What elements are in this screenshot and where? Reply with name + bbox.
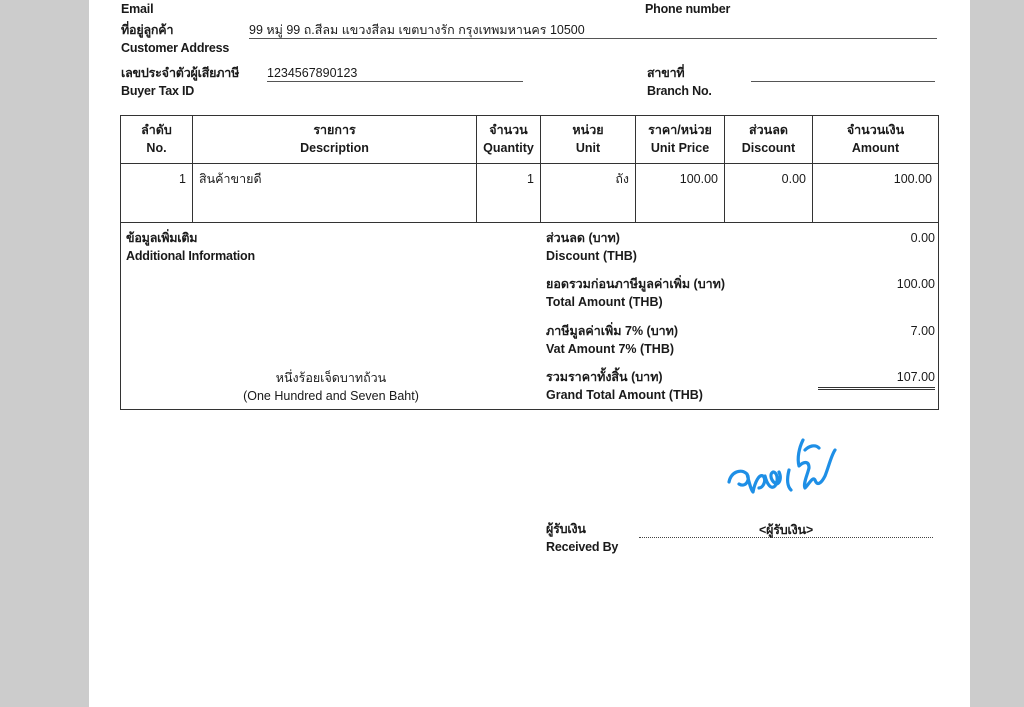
additional-info-en: Additional Information <box>126 247 255 265</box>
received-by-th: ผู้รับเงิน <box>546 520 618 538</box>
summary-discount: ส่วนลด (บาท) Discount (THB) 0.00 <box>546 229 935 265</box>
column-header-en: Amount <box>813 139 938 157</box>
branch-field <box>751 65 935 82</box>
buyer-tax-id-label-th: เลขประจำตัวผู้เสียภาษี <box>121 64 239 82</box>
received-by-en: Received By <box>546 538 618 556</box>
buyer-tax-id-field: 1234567890123 <box>267 65 523 82</box>
summary-label-en: Total Amount (THB) <box>546 293 935 311</box>
received-by-label: ผู้รับเงิน Received By <box>546 520 618 556</box>
summary-label-en: Vat Amount 7% (THB) <box>546 340 935 358</box>
cell-no: 1 <box>121 163 193 222</box>
buyer-tax-id-value: 1234567890123 <box>267 66 357 80</box>
summary-label-th: ภาษีมูลค่าเพิ่ม 7% (บาท) <box>546 322 935 340</box>
column-header-en: Description <box>193 139 476 157</box>
column-header-th: ส่วนลด <box>725 121 812 139</box>
summary-grand-total: รวมราคาทั้งสิ้น (บาท) Grand Total Amount… <box>546 368 935 404</box>
customer-address-label: ที่อยู่ลูกค้า Customer Address <box>121 21 229 57</box>
summary-total-before-vat: ยอดรวมก่อนภาษีมูลค่าเพิ่ม (บาท) Total Am… <box>546 275 935 311</box>
branch-label-en: Branch No. <box>647 82 712 100</box>
receiver-signature-line: <ผู้รับเงิน> <box>639 521 933 538</box>
column-header-th: จำนวน <box>477 121 540 139</box>
amount-in-words: หนึ่งร้อยเจ็ดบาทถ้วน (One Hundred and Se… <box>121 369 541 405</box>
column-header-en: Unit Price <box>636 139 724 157</box>
summary-value: 0.00 <box>911 229 935 247</box>
cell-amount: 100.00 <box>813 163 938 222</box>
buyer-tax-id-label: เลขประจำตัวผู้เสียภาษี Buyer Tax ID <box>121 64 239 100</box>
column-header-th: ราคา/หน่วย <box>636 121 724 139</box>
cell-unit: ถัง <box>541 163 636 222</box>
receiver-name-placeholder: <ผู้รับเงิน> <box>759 523 813 537</box>
invoice-page: Email Phone number ที่อยู่ลูกค้า Custome… <box>89 0 970 707</box>
customer-address-value: 99 หมู่ 99 ถ.สีลม แขวงสีลม เขตบางรัก กรุ… <box>249 23 585 37</box>
column-header-discount: ส่วนลด Discount <box>725 116 813 163</box>
signature-image <box>719 432 849 502</box>
table-row: 1 สินค้าขายดี 1 ถัง 100.00 0.00 100.00 <box>121 163 938 223</box>
summary-label-en: Discount (THB) <box>546 247 935 265</box>
email-label: Email <box>121 0 153 18</box>
column-header-th: รายการ <box>193 121 476 139</box>
summary-label-th: ยอดรวมก่อนภาษีมูลค่าเพิ่ม (บาท) <box>546 275 935 293</box>
column-header-en: Unit <box>541 139 635 157</box>
cell-unit-price: 100.00 <box>636 163 725 222</box>
column-header-th: ลำดับ <box>121 121 192 139</box>
summary-label-th: ส่วนลด (บาท) <box>546 229 935 247</box>
cell-description: สินค้าขายดี <box>193 163 477 222</box>
column-header-unit-price: ราคา/หน่วย Unit Price <box>636 116 725 163</box>
column-header-unit: หน่วย Unit <box>541 116 636 163</box>
summary-vat: ภาษีมูลค่าเพิ่ม 7% (บาท) Vat Amount 7% (… <box>546 322 935 358</box>
customer-address-label-th: ที่อยู่ลูกค้า <box>121 21 229 39</box>
column-header-quantity: จำนวน Quantity <box>477 116 541 163</box>
column-header-th: จำนวนเงิน <box>813 121 938 139</box>
branch-label-th: สาขาที่ <box>647 64 712 82</box>
customer-address-label-en: Customer Address <box>121 39 229 57</box>
cell-quantity: 1 <box>477 163 541 222</box>
amount-in-words-th: หนึ่งร้อยเจ็ดบาทถ้วน <box>121 369 541 387</box>
summary-value: 100.00 <box>897 275 935 293</box>
branch-label: สาขาที่ Branch No. <box>647 64 712 100</box>
column-header-en: Quantity <box>477 139 540 157</box>
column-header-amount: จำนวนเงิน Amount <box>813 116 938 163</box>
summary-section: ข้อมูลเพิ่มเติม Additional Information ห… <box>121 222 938 409</box>
column-header-no: ลำดับ No. <box>121 116 193 163</box>
grand-total-value: 107.00 <box>818 368 935 390</box>
amount-in-words-en: (One Hundred and Seven Baht) <box>121 387 541 405</box>
table-header-row: ลำดับ No. รายการ Description จำนวน Quant… <box>121 116 938 164</box>
summary-value: 7.00 <box>911 322 935 340</box>
additional-info-th: ข้อมูลเพิ่มเติม <box>126 229 255 247</box>
items-table: ลำดับ No. รายการ Description จำนวน Quant… <box>120 115 939 410</box>
column-header-description: รายการ Description <box>193 116 477 163</box>
buyer-tax-id-label-en: Buyer Tax ID <box>121 82 239 100</box>
column-header-th: หน่วย <box>541 121 635 139</box>
column-header-en: Discount <box>725 139 812 157</box>
phone-label: Phone number <box>645 0 730 18</box>
customer-address-field: 99 หมู่ 99 ถ.สีลม แขวงสีลม เขตบางรัก กรุ… <box>249 22 937 39</box>
column-header-en: No. <box>121 139 192 157</box>
additional-info-label: ข้อมูลเพิ่มเติม Additional Information <box>126 229 255 265</box>
cell-discount: 0.00 <box>725 163 813 222</box>
